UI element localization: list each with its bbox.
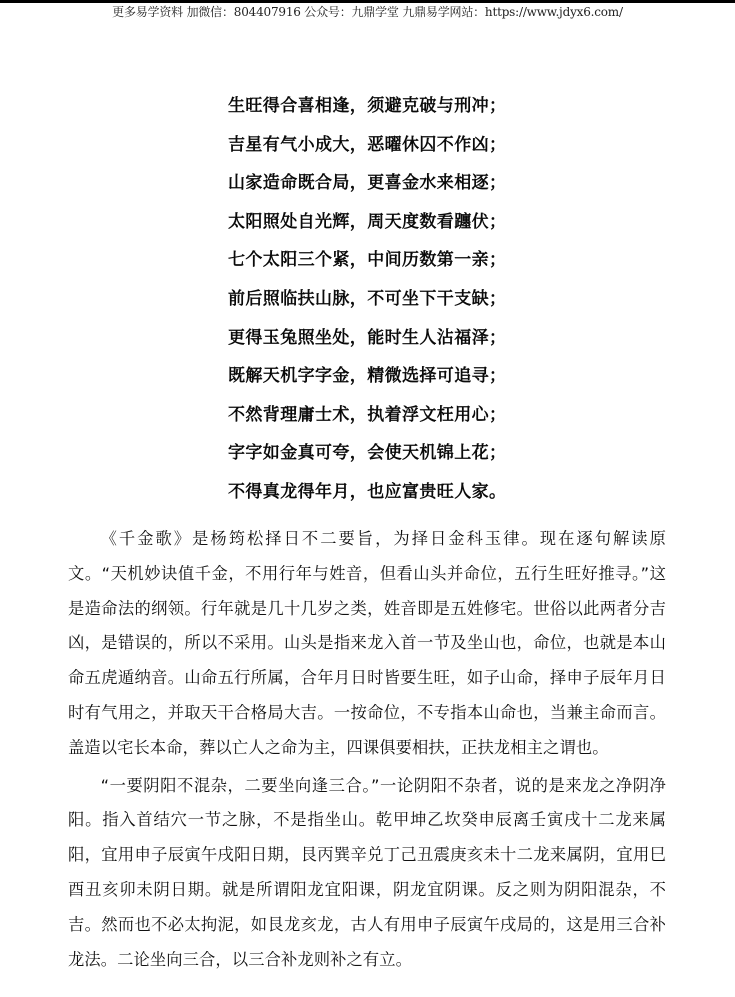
- top-border-rule: [0, 0, 735, 3]
- poem-line: 太阳照处自光辉，周天度数看躔伏；: [228, 212, 528, 232]
- poem-line: 不得真龙得年月，也应富贵旺人家。: [228, 482, 528, 502]
- poem-line: 吉星有气小成大，恶曜休囚不作凶；: [228, 135, 528, 155]
- watermark-header: 更多易学资料 加微信：804407916 公众号：九鼎学堂 九鼎易学网站：htt…: [0, 4, 735, 20]
- body-paragraph: “一要阴阳不混杂，二要坐向逢三合。”一论阴阳不杂者，说的是来龙之净阴净阳。指入首…: [68, 769, 666, 978]
- poem-line: 七个太阳三个紧，中间历数第一亲；: [228, 250, 528, 270]
- body-paragraph: 《千金歌》是杨筠松择日不二要旨，为择日金科玉律。现在逐句解读原文。“天机妙诀值千…: [68, 522, 666, 766]
- poem-line: 山家造命既合局，更喜金水来相逐；: [228, 173, 528, 193]
- poem-block: 生旺得合喜相逢，须避克破与刑冲； 吉星有气小成大，恶曜休囚不作凶； 山家造命既合…: [228, 96, 528, 521]
- poem-line: 生旺得合喜相逢，须避克破与刑冲；: [228, 96, 528, 116]
- poem-line: 前后照临扶山脉，不可坐下干支缺；: [228, 289, 528, 309]
- poem-line: 更得玉兔照坐处，能时生人沾福泽；: [228, 328, 528, 348]
- poem-line: 不然背理庸士术，执着浮文枉用心；: [228, 405, 528, 425]
- body-text: 《千金歌》是杨筠松择日不二要旨，为择日金科玉律。现在逐句解读原文。“天机妙诀值千…: [68, 522, 666, 980]
- poem-line: 既解天机字字金，精微选择可追寻；: [228, 366, 528, 386]
- poem-line: 字字如金真可夸，会使天机锦上花；: [228, 443, 528, 463]
